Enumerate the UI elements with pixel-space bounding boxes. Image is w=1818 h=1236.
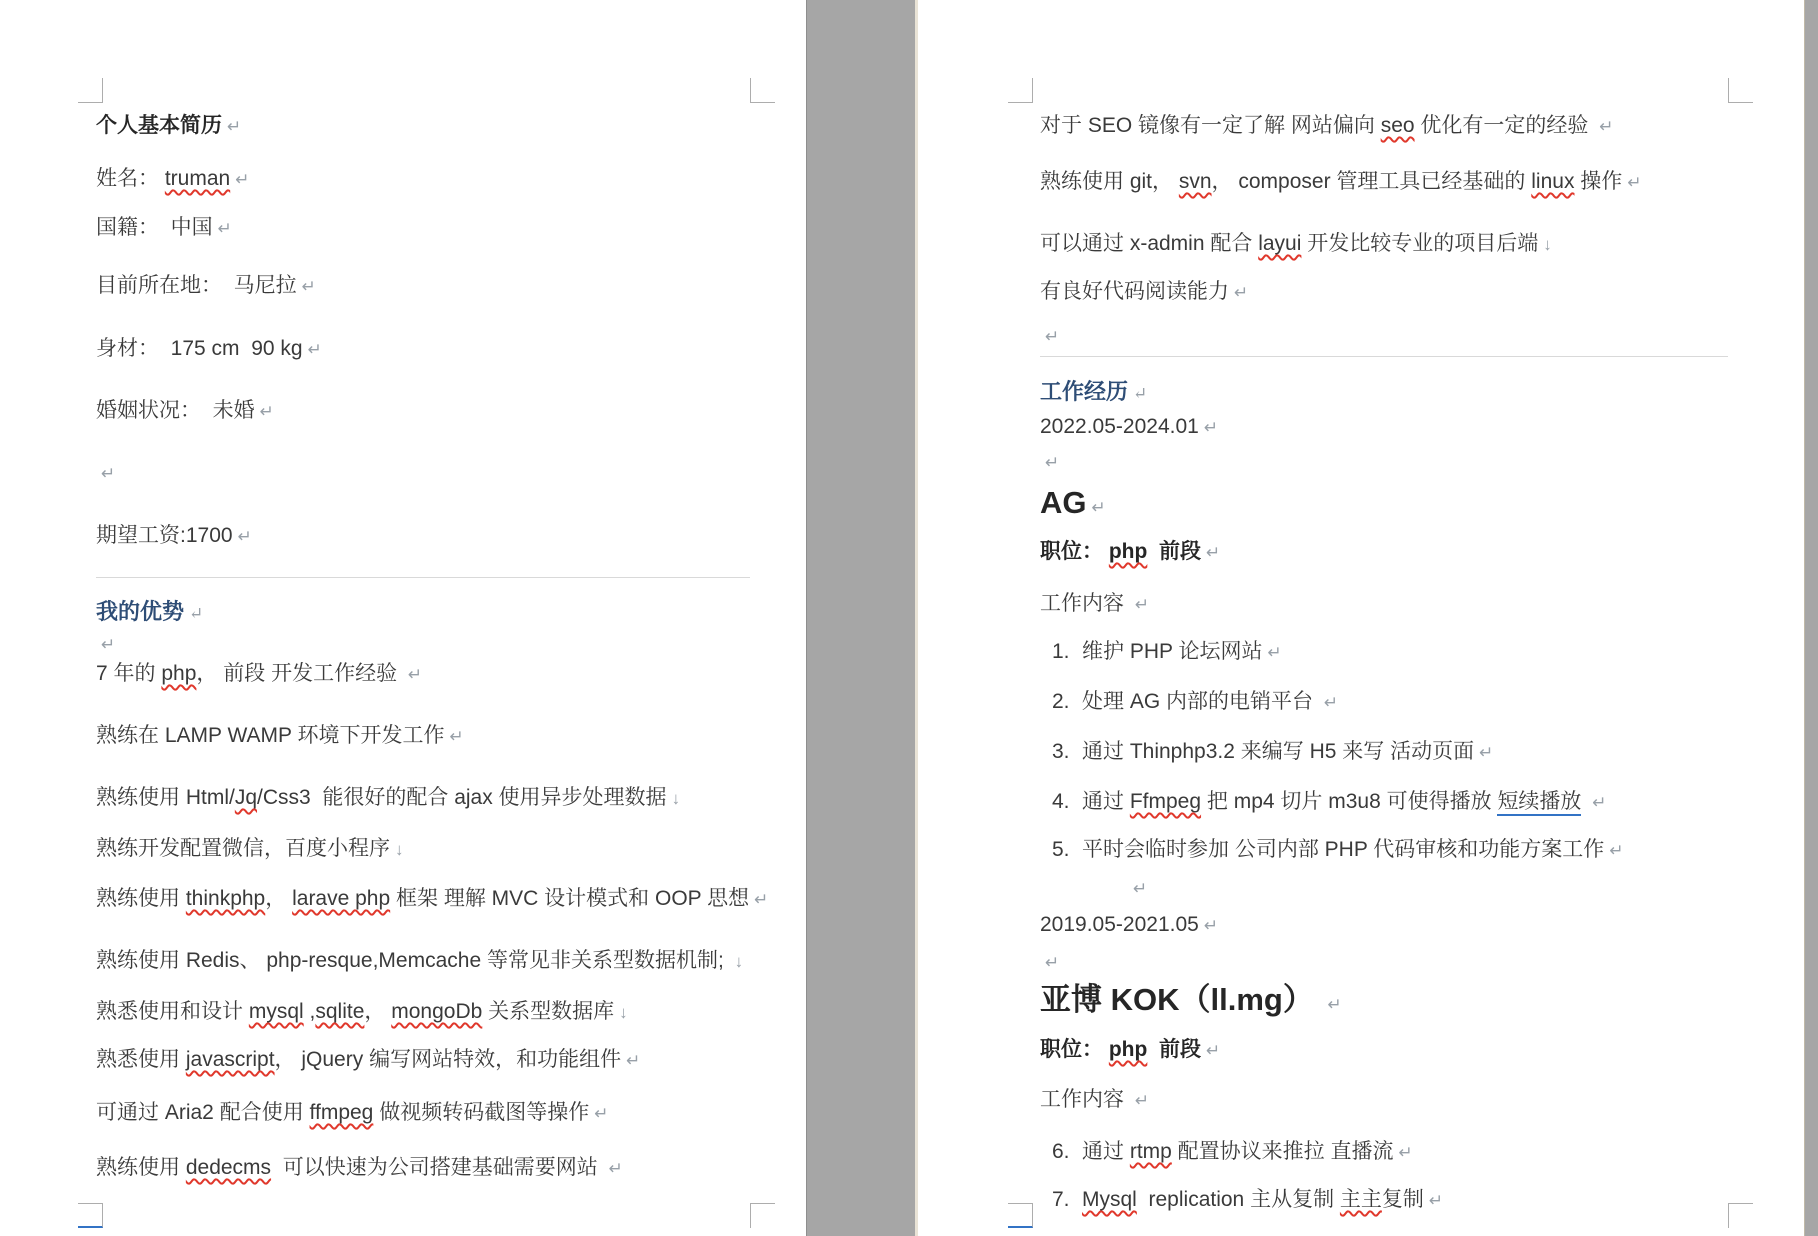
paragraph-mark: ↵ (235, 170, 249, 189)
paragraph-mark: ↵ (408, 665, 422, 684)
paragraph-mark: ↵ (1135, 1091, 1149, 1110)
text-segment: ， (364, 1000, 391, 1023)
text-segment: 做视频转码截图等操作 (373, 1101, 589, 1124)
text-segment: 熟悉使用和设计 (96, 1000, 249, 1023)
page1-text-line-10[interactable]: 7 年的 php， 前段 开发工作经验 ↵ (96, 660, 422, 688)
page2-text-line-7[interactable]: ↵ (1040, 448, 1059, 476)
spellcheck-flagged-text: truman (165, 167, 230, 190)
paragraph-mark: ↵ (1045, 453, 1059, 472)
page2-text-line-17[interactable]: 2019.05-2021.05↵ (1040, 911, 1218, 939)
spellcheck-flagged-text: javascript (186, 1048, 275, 1071)
text-segment: 工作内容 (1040, 1088, 1130, 1111)
spellcheck-flagged-text: mysql (249, 1000, 304, 1023)
page2-text-line-10[interactable]: 工作内容 ↵ (1040, 590, 1149, 618)
spellcheck-flagged-text: sqlite (315, 1000, 364, 1023)
paragraph-mark: ↵ (1135, 595, 1149, 614)
text-segment: 通过 Thinphp3.2 来编写 H5 来写 活动页面 (1082, 740, 1474, 763)
text-segment: 熟悉使用 (96, 1048, 186, 1071)
paragraph-mark: ↵ (1429, 1191, 1443, 1210)
spellcheck-flagged-text: Mysql (1082, 1188, 1137, 1211)
paragraph-mark: ↵ (101, 635, 115, 654)
list-number: 6. (1052, 1138, 1082, 1165)
page2-text-line-4[interactable]: ↵ (1040, 322, 1059, 350)
page1-text-line-7[interactable]: 期望工资:1700↵ (96, 522, 252, 550)
paragraph-mark: ↵ (594, 1104, 608, 1123)
list-number: 3. (1052, 738, 1082, 765)
page1-bottom-right-corner-mark (750, 1203, 775, 1228)
page1-text-line-17[interactable]: 熟悉使用 javascript， jQuery 编写网站特效，和功能组件↵ (96, 1046, 640, 1074)
text-segment (1581, 790, 1587, 813)
soft-break-mark: ↓ (619, 1003, 628, 1022)
text-segment: 优化有一定的经验 (1415, 114, 1595, 137)
paragraph-mark: ↵ (227, 117, 241, 136)
window-right-edge (1804, 0, 1818, 1236)
paragraph-mark: ↵ (449, 727, 463, 746)
text-segment: 姓名： (96, 167, 165, 190)
page1-bottom-left-corner-mark (78, 1203, 103, 1228)
page2-text-line-5[interactable]: 工作经历↵ (1040, 378, 1147, 407)
page2-text-line-19[interactable]: 亚博 KOK（ll.mg） ↵ (1040, 982, 1342, 1023)
text-segment: ， composer 管理工具已经基础的 (1212, 170, 1532, 193)
list-number: 2. (1052, 688, 1082, 715)
page1-text-line-14[interactable]: 熟练使用 thinkphp， larave php 框架 理解 MVC 设计模式… (96, 885, 768, 913)
page1-text-line-8[interactable]: 我的优势↵ (96, 598, 203, 627)
paragraph-mark: ↵ (238, 527, 252, 546)
text-segment: 可以快速为公司搭建基础需要网站 (271, 1156, 604, 1179)
text-segment: AG (1040, 485, 1087, 520)
page2-top-left-corner-mark (1008, 78, 1033, 103)
text-segment: 对于 SEO 镜像有一定了解 网站偏向 (1040, 114, 1381, 137)
soft-break-mark: ↓ (395, 840, 404, 859)
soft-break-mark: ↓ (1543, 235, 1552, 254)
text-segment: 熟练使用 Redis、 php-resque,Memcache 等常见非关系型数… (96, 949, 730, 972)
page2-section-rule-0 (1040, 356, 1728, 357)
paragraph-mark: ↵ (260, 402, 274, 421)
text-segment: 身材： 175 cm 90 kg (96, 337, 303, 360)
paragraph-mark: ↵ (1399, 1143, 1413, 1162)
text-segment: 框架 理解 MVC 设计模式和 OOP 思想 (390, 887, 749, 910)
spellcheck-flagged-text: 主主 (1340, 1188, 1382, 1211)
text-segment: 2019.05-2021.05 (1040, 913, 1199, 936)
page2-text-line-13[interactable]: 3.通过 Thinphp3.2 来编写 H5 来写 活动页面↵ (1052, 738, 1493, 766)
paragraph-mark: ↵ (1092, 498, 1106, 517)
page2-text-line-9[interactable]: 职位： php 前段↵ (1040, 538, 1220, 566)
spellcheck-flagged-text: linux (1531, 170, 1574, 193)
page2-text-line-23[interactable]: 7.Mysql replication 主从复制 主主复制↵ (1052, 1186, 1443, 1214)
text-segment: 婚姻状况： 未婚 (96, 399, 255, 422)
spellcheck-flagged-text: php (161, 662, 196, 685)
page1-top-left-corner-mark (78, 78, 103, 103)
page1-text-line-3[interactable]: 目前所在地： 马尼拉↵ (96, 272, 316, 300)
text-segment: 有良好代码阅读能力 (1040, 280, 1229, 303)
text-segment: 前段 (1147, 1038, 1201, 1061)
paragraph-mark: ↵ (1599, 117, 1613, 136)
page2-text-line-14[interactable]: 4.通过 Ffmpeg 把 mp4 切片 m3u8 可使得播放 短续播放 ↵ (1052, 788, 1607, 816)
spellcheck-flagged-text: Ffmpeg (1130, 790, 1201, 813)
page1-text-line-6[interactable]: ↵ (96, 459, 115, 487)
text-segment: replication 主从复制 (1137, 1188, 1340, 1211)
page2-text-line-18[interactable]: ↵ (1040, 948, 1059, 976)
spellcheck-flagged-text: php (1109, 540, 1147, 563)
spellcheck-flagged-text: php (1109, 1038, 1147, 1061)
list-number: 5. (1052, 836, 1082, 863)
text-segment: 职位： (1040, 1038, 1109, 1061)
paragraph-mark: ↵ (218, 219, 232, 238)
paragraph-mark: ↵ (101, 464, 115, 483)
page2-bottom-right-corner-mark (1728, 1203, 1753, 1228)
text-segment: 操作 (1574, 170, 1622, 193)
paragraph-mark: ↵ (1609, 841, 1623, 860)
text-segment: 亚博 KOK（ll.mg） (1040, 982, 1322, 1017)
page1-section-rule-0 (96, 577, 750, 578)
paragraph-mark: ↵ (1133, 879, 1147, 898)
paragraph-mark: ↵ (1204, 418, 1218, 437)
page1-text-line-15[interactable]: 熟练使用 Redis、 php-resque,Memcache 等常见非关系型数… (96, 947, 743, 975)
spellcheck-flagged-text: layui (1258, 232, 1301, 255)
text-segment: 前段 (1147, 540, 1201, 563)
list-number: 4. (1052, 788, 1082, 815)
paragraph-mark: ↵ (609, 1159, 623, 1178)
page2-text-line-21[interactable]: 工作内容 ↵ (1040, 1086, 1149, 1114)
text-segment: 期望工资:1700 (96, 524, 233, 547)
page1-text-line-4[interactable]: 身材： 175 cm 90 kg↵ (96, 335, 322, 363)
page-gutter (806, 0, 918, 1236)
paragraph-mark: ↵ (1204, 916, 1218, 935)
text-segment: ， jQuery 编写网站特效，和功能组件 (275, 1048, 622, 1071)
spellcheck-flagged-text: seo (1381, 114, 1415, 137)
text-segment: 关系型数据库 (482, 1000, 614, 1023)
soft-break-mark: ↓ (672, 789, 681, 808)
paragraph-mark: ↵ (1479, 743, 1493, 762)
text-segment: 个人基本简历 (96, 114, 222, 137)
list-number: 7. (1052, 1186, 1082, 1213)
page2-text-line-0[interactable]: 对于 SEO 镜像有一定了解 网站偏向 seo 优化有一定的经验 ↵ (1040, 112, 1613, 140)
text-segment: 目前所在地： 马尼拉 (96, 274, 297, 297)
page1-text-line-13[interactable]: 熟练开发配置微信，百度小程序↓ (96, 835, 404, 863)
spellcheck-flagged-text: larave php (292, 887, 390, 910)
text-segment: 熟练开发配置微信，百度小程序 (96, 837, 390, 860)
text-segment: 熟练在 LAMP WAMP 环境下开发工作 (96, 724, 444, 747)
paragraph-mark: ↵ (626, 1051, 640, 1070)
paragraph-mark: ↵ (302, 277, 316, 296)
text-segment: 配置协议来推拉 直播流 (1172, 1140, 1394, 1163)
page2-text-line-8[interactable]: AG↵ (1040, 485, 1106, 526)
text-segment: 2022.05-2024.01 (1040, 415, 1199, 438)
text-segment: 把 mp4 切片 m3u8 可使得播放 (1201, 790, 1497, 813)
page2-text-line-3[interactable]: 有良好代码阅读能力↵ (1040, 278, 1248, 306)
text-segment: 处理 AG 内部的电销平台 (1082, 690, 1319, 713)
soft-break-mark: ↓ (735, 952, 744, 971)
page1-text-line-9[interactable]: ↵ (96, 630, 115, 658)
paragraph-mark: ↵ (1324, 693, 1338, 712)
text-segment: /Css3 能很好的配合 ajax 使用异步处理数据 (257, 786, 667, 809)
spellcheck-flagged-text: thinkphp (186, 887, 265, 910)
text-segment: 可以通过 x-admin 配合 (1040, 232, 1258, 255)
spellcheck-flagged-text: mongoDb (391, 1000, 482, 1023)
page2-text-line-11[interactable]: 1.维护 PHP 论坛网站↵ (1052, 638, 1282, 666)
text-segment: 复制 (1382, 1188, 1424, 1211)
page2-text-line-2[interactable]: 可以通过 x-admin 配合 layui 开发比较专业的项目后端↓ (1040, 230, 1552, 258)
paragraph-mark: ↵ (1234, 283, 1248, 302)
page1-text-line-1[interactable]: 姓名： truman↵ (96, 165, 249, 193)
paragraph-mark: ↵ (1267, 643, 1281, 662)
paragraph-mark: ↵ (1045, 953, 1059, 972)
text-segment: 可通过 Aria2 配合使用 (96, 1101, 310, 1124)
text-segment: , (304, 1000, 316, 1023)
paragraph-mark: ↵ (189, 604, 203, 623)
list-number: 1. (1052, 638, 1082, 665)
text-segment: 国籍： 中国 (96, 216, 213, 239)
page2-text-line-22[interactable]: 6.通过 rtmp 配置协议来推拉 直播流↵ (1052, 1138, 1413, 1166)
page2-text-line-20[interactable]: 职位： php 前段↵ (1040, 1036, 1220, 1064)
text-segment: 熟练使用 Html/ (96, 786, 235, 809)
page1-text-line-12[interactable]: 熟练使用 Html/Jq/Css3 能很好的配合 ajax 使用异步处理数据↓ (96, 784, 680, 812)
spellcheck-flagged-text: svn (1179, 170, 1212, 193)
text-segment: 工作经历 (1040, 379, 1128, 404)
page1-text-line-5[interactable]: 婚姻状况： 未婚↵ (96, 397, 274, 425)
text-segment: 熟练使用 (96, 887, 186, 910)
paragraph-mark: ↵ (1206, 1041, 1220, 1060)
page2-text-line-12[interactable]: 2.处理 AG 内部的电销平台 ↵ (1052, 688, 1338, 716)
page2-text-line-1[interactable]: 熟练使用 git， svn， composer 管理工具已经基础的 linux … (1040, 168, 1642, 196)
page2-top-right-corner-mark (1728, 78, 1753, 103)
text-segment: 平时会临时参加 公司内部 PHP 代码审核和功能方案工作 (1082, 838, 1604, 861)
paragraph-mark: ↵ (1045, 327, 1059, 346)
paragraph-mark: ↵ (754, 890, 768, 909)
page1-text-line-16[interactable]: 熟悉使用和设计 mysql ,sqlite， mongoDb 关系型数据库↓ (96, 998, 628, 1026)
spellcheck-flagged-text: rtmp (1130, 1140, 1172, 1163)
spellcheck-flagged-text: dedecms (186, 1156, 271, 1179)
text-segment: 熟练使用 (96, 1156, 186, 1179)
page2-text-line-15[interactable]: 5.平时会临时参加 公司内部 PHP 代码审核和功能方案工作↵ (1052, 836, 1624, 864)
text-segment: 7 年的 (96, 662, 161, 685)
paragraph-mark: ↵ (1327, 995, 1341, 1014)
text-segment: ， 前段 开发工作经验 (196, 662, 403, 685)
text-segment: 通过 (1082, 1140, 1130, 1163)
text-segment: 开发比较专业的项目后端 (1301, 232, 1538, 255)
page2-text-line-6[interactable]: 2022.05-2024.01↵ (1040, 413, 1218, 441)
text-segment: 维护 PHP 论坛网站 (1082, 640, 1262, 663)
paragraph-mark: ↵ (308, 340, 322, 359)
spellcheck-flagged-text: Jq (235, 786, 257, 809)
page1-text-line-0[interactable]: 个人基本简历↵ (96, 112, 241, 140)
page1-text-line-2[interactable]: 国籍： 中国↵ (96, 214, 232, 242)
paragraph-mark: ↵ (1206, 543, 1220, 562)
page1-text-line-18[interactable]: 可通过 Aria2 配合使用 ffmpeg 做视频转码截图等操作↵ (96, 1099, 608, 1127)
grammar-underlined-text: 短续播放 (1497, 790, 1581, 816)
text-segment: ， (265, 887, 292, 910)
page2-text-line-16[interactable]: ↵ (1128, 874, 1147, 902)
page2-bottom-left-corner-mark (1008, 1203, 1033, 1228)
text-segment: 工作内容 (1040, 592, 1130, 615)
paragraph-mark: ↵ (1133, 384, 1147, 403)
paragraph-mark: ↵ (1627, 173, 1641, 192)
text-segment: 职位： (1040, 540, 1109, 563)
page1-top-right-corner-mark (750, 78, 775, 103)
text-segment: 熟练使用 git， (1040, 170, 1179, 193)
paragraph-mark: ↵ (1592, 793, 1606, 812)
text-segment: 通过 (1082, 790, 1130, 813)
page1-text-line-19[interactable]: 熟练使用 dedecms 可以快速为公司搭建基础需要网站 ↵ (96, 1154, 623, 1182)
page1-text-line-11[interactable]: 熟练在 LAMP WAMP 环境下开发工作↵ (96, 722, 464, 750)
spellcheck-flagged-text: ffmpeg (310, 1101, 374, 1124)
text-segment: 我的优势 (96, 599, 184, 624)
